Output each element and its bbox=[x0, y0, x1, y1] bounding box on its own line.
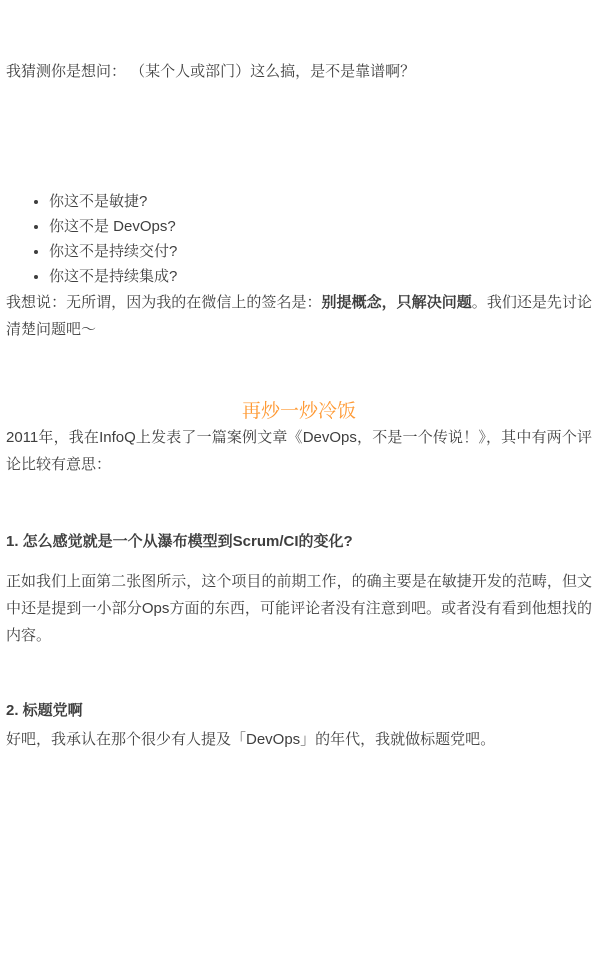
comment2-body: 好吧，我承认在那个很少有人提及「DevOps」的年代，我就做标题党吧。 bbox=[6, 726, 592, 753]
reply-bold-text: 别提概念，只解决问题 bbox=[322, 294, 472, 311]
reply-text-before: 我想说：无所谓，因为我的在微信上的签名是： bbox=[6, 294, 322, 311]
comment2-title: 2. 标题党啊 bbox=[6, 697, 592, 724]
list-item: 你这不是持续集成? bbox=[49, 264, 592, 289]
history-paragraph: 2011年，我在InfoQ上发表了一篇案例文章《DevOps，不是一个传说！》，… bbox=[6, 424, 592, 478]
comment1-title: 1. 怎么感觉就是一个从瀑布模型到Scrum/CI的变化? bbox=[6, 528, 592, 555]
article-page: 我猜测你是想问： （某个人或部门）这么搞，是不是靠谱啊？ 你这不是敏捷? 你这不… bbox=[0, 0, 598, 960]
section-heading: 再炒一炒冷饭 bbox=[6, 399, 592, 424]
comment1-body: 正如我们上面第二张图所示，这个项目的前期工作，的确主要是在敏捷开发的范畴，但文中… bbox=[6, 568, 592, 649]
list-item: 你这不是 DevOps? bbox=[49, 214, 592, 239]
list-item: 你这不是持续交付? bbox=[49, 239, 592, 264]
list-item: 你这不是敏捷? bbox=[49, 189, 592, 214]
reply-paragraph: 我想说：无所谓，因为我的在微信上的签名是：别提概念，只解决问题。我们还是先讨论清… bbox=[6, 289, 592, 343]
question-list: 你这不是敏捷? 你这不是 DevOps? 你这不是持续交付? 你这不是持续集成? bbox=[6, 189, 592, 289]
intro-paragraph: 我猜测你是想问： （某个人或部门）这么搞，是不是靠谱啊？ bbox=[6, 58, 592, 85]
